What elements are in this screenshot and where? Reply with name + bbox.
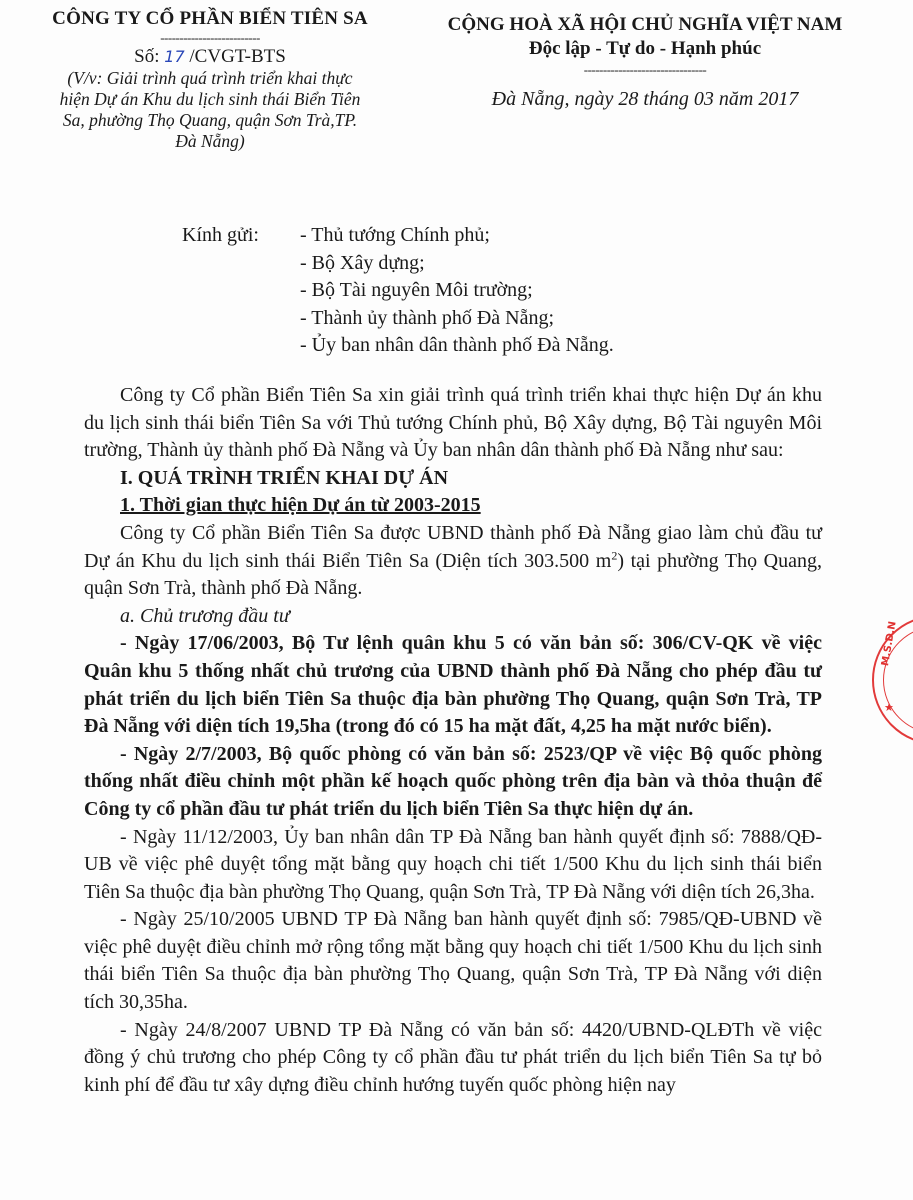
header-divider: --------------------------------	[425, 64, 865, 76]
event-paragraph: - Ngày 24/8/2007 UBND TP Đà Nẵng có văn …	[84, 1017, 822, 1100]
recipient-item: - Thành ủy thành phố Đà Nẵng;	[300, 305, 800, 333]
event-paragraph: - Ngày 17/06/2003, Bộ Tư lệnh quân khu 5…	[84, 630, 822, 740]
nation-title: CỘNG HOÀ XÃ HỘI CHỦ NGHĨA VIỆT NAM	[425, 14, 865, 36]
company-name: CÔNG TY CỔ PHẦN BIỂN TIÊN SA	[40, 8, 380, 30]
recipient-item: - Thủ tướng Chính phủ;	[300, 222, 800, 250]
seal-text: M.S.D.N	[880, 620, 899, 666]
recipient-item: - Ủy ban nhân dân thành phố Đà Nẵng.	[300, 332, 800, 360]
recipients-label: Kính gửi:	[182, 222, 302, 250]
place-date: Đà Nẵng, ngày 28 tháng 03 năm 2017	[425, 88, 865, 111]
recipient-item: - Bộ Tài nguyên Môi trường;	[300, 277, 800, 305]
event-paragraph: - Ngày 11/12/2003, Ủy ban nhân dân TP Đà…	[84, 824, 822, 907]
subject-line: (V/v: Giải trình quá trình triển khai th…	[40, 68, 380, 152]
star-icon: ★	[884, 701, 894, 714]
letter-body: Công ty Cổ phần Biển Tiên Sa xin giải tr…	[84, 382, 822, 1099]
event-paragraph: - Ngày 25/10/2005 UBND TP Đà Nẵng ban hà…	[84, 906, 822, 1016]
national-motto: Độc lập - Tự do - Hạnh phúc	[425, 38, 865, 60]
project-paragraph: Công ty Cổ phần Biển Tiên Sa được UBND t…	[84, 520, 822, 603]
item-heading: a. Chủ trương đầu tư	[84, 603, 822, 631]
event-paragraph: - Ngày 2/7/2003, Bộ quốc phòng có văn bả…	[84, 741, 822, 824]
header-divider: --------------------------	[40, 32, 380, 44]
national-header: CỘNG HOÀ XÃ HỘI CHỦ NGHĨA VIỆT NAM Độc l…	[425, 14, 865, 111]
sender-header: CÔNG TY CỔ PHẦN BIỂN TIÊN SA -----------…	[40, 8, 380, 152]
recipient-item: - Bộ Xây dựng;	[300, 250, 800, 278]
subsection-heading-wrap: 1. Thời gian thực hiện Dự án từ 2003-201…	[84, 492, 822, 520]
handwritten-number: 17	[164, 47, 184, 66]
intro-paragraph: Công ty Cổ phần Biển Tiên Sa xin giải tr…	[84, 382, 822, 465]
event-paragraphs: - Ngày 17/06/2003, Bộ Tư lệnh quân khu 5…	[84, 630, 822, 1099]
recipients-list: - Thủ tướng Chính phủ; - Bộ Xây dựng; - …	[300, 222, 800, 360]
company-seal: M.S.D.N ★	[872, 615, 913, 745]
section-heading: I. QUÁ TRÌNH TRIỂN KHAI DỰ ÁN	[84, 465, 822, 493]
document-number: Số: 17 /CVGT-BTS	[40, 46, 380, 68]
subsection-heading: 1. Thời gian thực hiện Dự án từ 2003-201…	[120, 494, 481, 516]
